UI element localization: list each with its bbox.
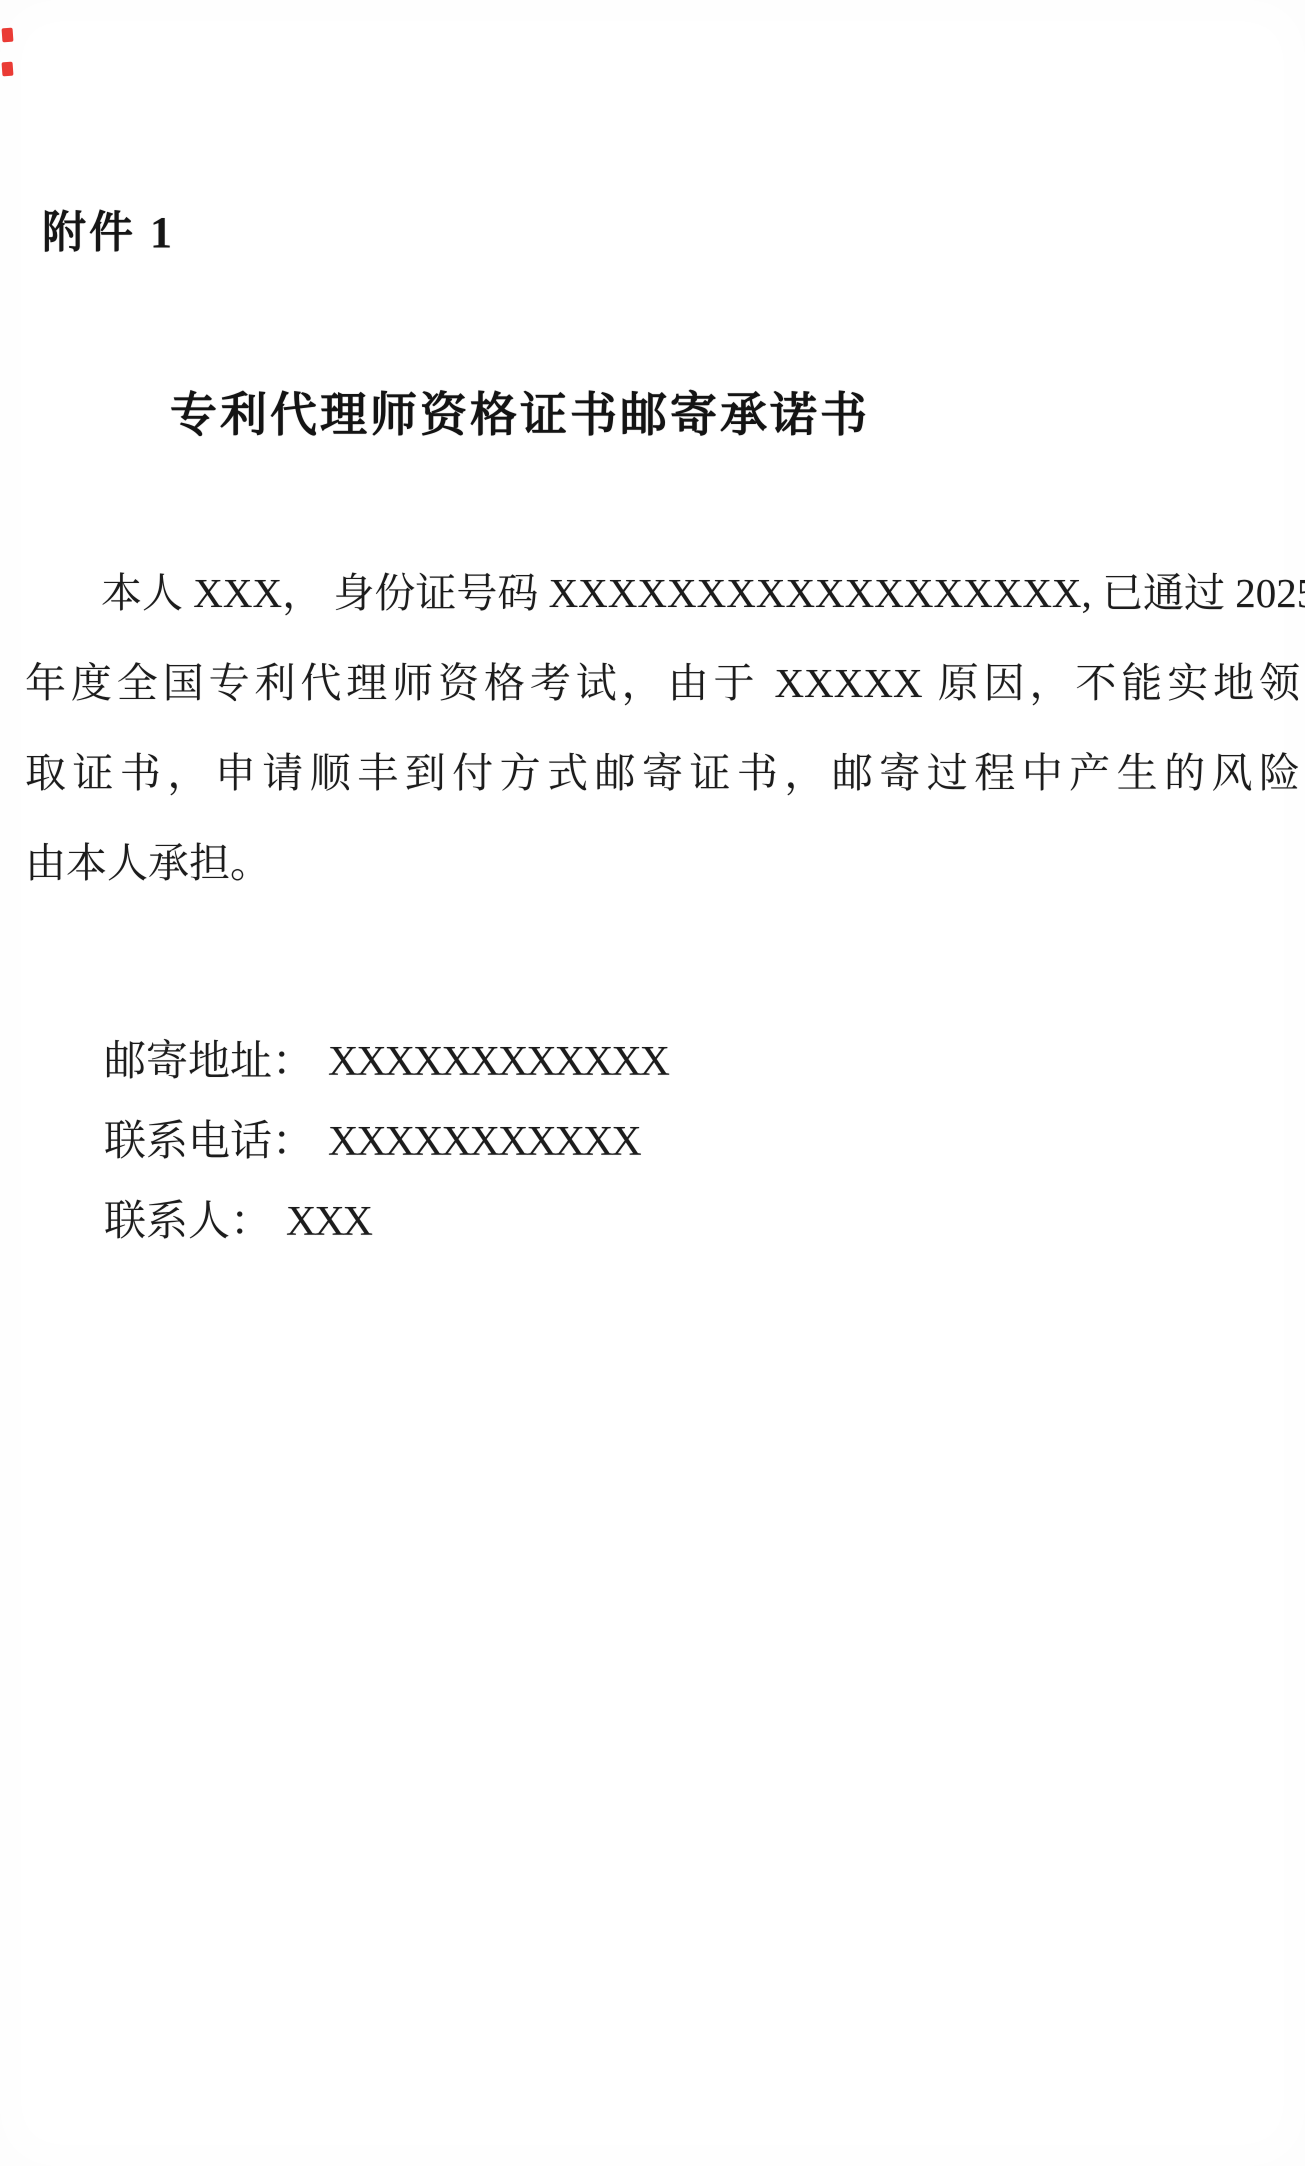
paragraph-line-2: 年度全国专利代理师资格考试，由于 XXXXX 原因，不能实地领 xyxy=(25,638,1300,728)
mailing-address-label: 邮寄地址： xyxy=(104,1039,314,1085)
commitment-paragraph: 本人 XXX， 身份证号码 XXXXXXXXXXXXXXXXXX, 已通过 20… xyxy=(25,548,1300,908)
contact-phone-label: 联系电话： xyxy=(104,1119,314,1165)
mailing-address-value: XXXXXXXXXXXX xyxy=(328,1039,668,1085)
contact-person-value: XXX xyxy=(286,1199,371,1245)
document-title: 专利代理师资格证书邮寄承诺书 xyxy=(0,378,1040,445)
attachment-number-label: 附件 1 xyxy=(42,196,175,260)
paragraph-line-4: 由本人承担。 xyxy=(25,818,1300,908)
scanned-document-page: 附件 1 专利代理师资格证书邮寄承诺书 本人 XXX， 身份证号码 XXXXXX… xyxy=(0,0,1305,2166)
contact-phone-line: 联系电话：XXXXXXXXXXX xyxy=(104,1102,668,1182)
contact-info-block: 邮寄地址：XXXXXXXXXXXX 联系电话：XXXXXXXXXXX 联系人：X… xyxy=(104,1022,668,1262)
paragraph-line-3: 取证书，申请顺丰到付方式邮寄证书，邮寄过程中产生的风险 xyxy=(25,728,1300,818)
contact-person-line: 联系人：XXX xyxy=(104,1182,668,1262)
contact-person-label: 联系人： xyxy=(104,1199,272,1245)
contact-phone-value: XXXXXXXXXXX xyxy=(328,1119,640,1165)
red-scan-artifact-top xyxy=(2,28,14,43)
mailing-address-line: 邮寄地址：XXXXXXXXXXXX xyxy=(104,1022,668,1102)
red-scan-artifact-bottom xyxy=(2,62,14,77)
paragraph-line-1: 本人 XXX， 身份证号码 XXXXXXXXXXXXXXXXXX, 已通过 20… xyxy=(25,548,1300,638)
